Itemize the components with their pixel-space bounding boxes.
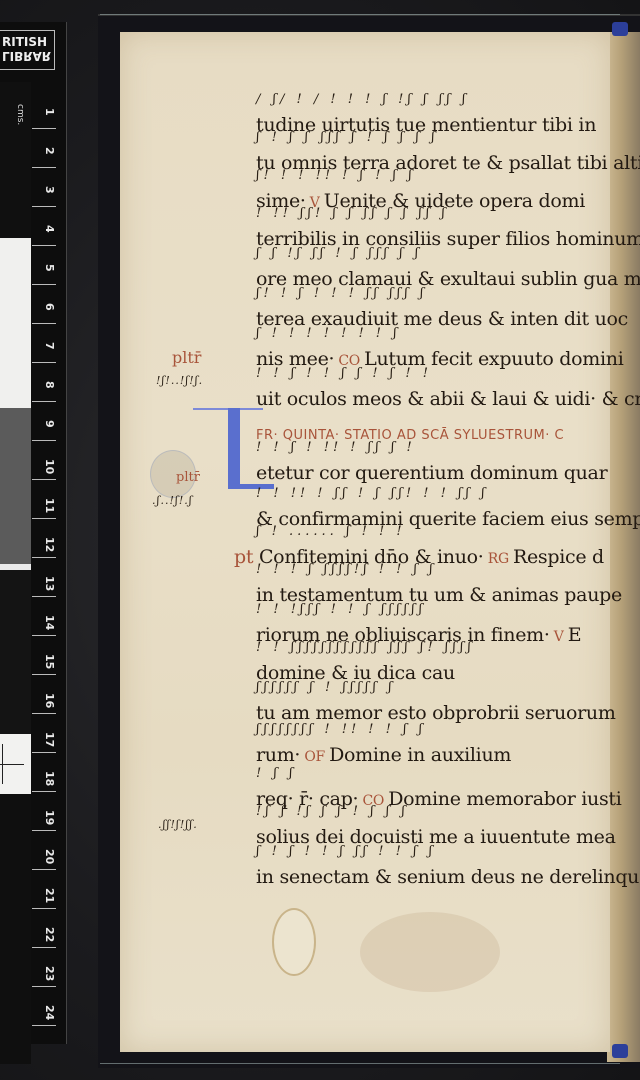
ruler-tick: [32, 869, 56, 870]
logo-line-2: LIBRAR: [2, 49, 54, 63]
ruler-mark: 11: [43, 498, 56, 513]
color-swatch-dark: [0, 570, 31, 734]
line-text-continued: E: [568, 624, 582, 646]
ruler-mark: 6: [43, 303, 56, 311]
binding-tab-top: [612, 22, 628, 36]
logo-line-1: RITISH: [2, 35, 47, 49]
neume-notation: ! !! ʃʃ! ʃ ʃ ʃʃ ʃ ʃ ʃʃ ʃ: [256, 206, 449, 221]
ruler-tick: [32, 557, 56, 558]
neume-notation: ʃ ! ʃ ʃ ʃʃʃ ʃ ! ʃ ʃ ʃ ʃ: [256, 130, 439, 145]
ruler-tick: [32, 440, 56, 441]
ruler-mark: 23: [43, 966, 56, 981]
neume-notation: ʃ! ! ! !! ! ʃ ! ʃ ʃ: [256, 168, 416, 183]
ruler-mark: 20: [43, 849, 56, 864]
scale-ruler: RITISH LIBRAR cms. 123456789101112131415…: [0, 22, 67, 1044]
page-gutter: [607, 32, 640, 1062]
color-swatch-white: [0, 238, 31, 408]
rubric-marker: RG: [484, 551, 513, 567]
ruler-tick: [32, 908, 56, 909]
neume-notation: ! ! ! ʃ ʃʃʃʃ!ʃ ! ! ʃ ʃ: [256, 562, 437, 577]
ruler-tick: [32, 752, 56, 753]
ruler-mark: 9: [43, 420, 56, 428]
ruler-mark: 16: [43, 693, 56, 708]
neume-notation: / ʃ/ ! / ! ! ! ʃ !ʃ ʃ ʃʃ ʃ: [256, 92, 469, 107]
ruler-tick: [32, 206, 56, 207]
margin-neumes-1: !ʃ!..!ʃ!ʃ.: [156, 374, 203, 387]
neume-notation: ʃ! ! ʃ ! ! ! ʃʃ ʃʃʃ ʃ: [256, 286, 427, 301]
ruler-tick: [32, 635, 56, 636]
neume-notation: ! ! ʃ ! !! ! ʃʃ ʃ !: [256, 440, 416, 455]
manuscript-page: [120, 32, 610, 1052]
ruler-tick: [32, 1025, 56, 1026]
line-text-continued: Domine in auxilium: [329, 744, 511, 766]
ruler-mark: 19: [43, 810, 56, 825]
neume-notation: ʃʃʃʃʃʃʃʃ ! !! ! ! ʃ ʃ: [256, 722, 426, 737]
margin-neumes-3: .ʃʃ!ʃ!ʃʃ.: [158, 818, 198, 831]
neume-notation: ! ! !ʃʃʃ ! ! ʃ ʃʃʃʃʃʃ: [256, 602, 426, 617]
rubric-marker: OF: [300, 749, 329, 765]
ruler-tick: [32, 518, 56, 519]
line-text-continued: Respice d: [513, 546, 604, 568]
text-line: in senectam & senium deus ne derelinqua: [256, 866, 640, 888]
neume-notation: !ʃ ʃ !ʃ ʃ ʃ ! ʃ ʃ ʃ: [256, 804, 409, 819]
british-library-logo: RITISH LIBRAR: [0, 30, 55, 70]
ruler-mark: 2: [43, 147, 56, 155]
line-text-continued: Domine memorabor iusti: [388, 788, 621, 810]
color-swatch-grey: [0, 408, 31, 564]
ruler-mark: 15: [43, 654, 56, 669]
neume-notation: ! ʃ ʃ: [256, 766, 297, 781]
ruler-mark: 17: [43, 732, 56, 747]
ruler-mark: 7: [43, 342, 56, 350]
line-text: tu am memor esto obprobrii seruorum: [256, 702, 616, 724]
binding-tab-bottom: [612, 1044, 628, 1058]
neume-notation: ! ! !! ! ʃʃ ! ʃ ʃʃ! ! ! ʃʃ ʃ: [256, 486, 489, 501]
ruler-tick: [32, 596, 56, 597]
ruler-tick: [32, 713, 56, 714]
text-line: etetur cor querentium dominum quar: [256, 462, 607, 484]
color-swatch-black-lower: [0, 794, 31, 1064]
neume-notation: ʃʃʃʃʃʃ ʃ ! ʃʃʃʃʃ ʃ: [256, 680, 396, 695]
line-text: uit oculos meos & abii & laui & uidi· & …: [256, 388, 640, 410]
ruler-tick: [32, 830, 56, 831]
ruler-tick: [32, 323, 56, 324]
rubric-marker: V: [550, 629, 568, 645]
ruler-mark: 21: [43, 888, 56, 903]
ruler-mark: 12: [43, 537, 56, 552]
crosshair-icon: [0, 764, 24, 765]
neume-notation: ʃ ! ! ! ! ! ! ! ʃ: [256, 326, 401, 341]
ruler-mark: 22: [43, 927, 56, 942]
margin-rubric-2: pltr̄: [176, 470, 200, 485]
margin-neumes-2: .ʃ..!ʃ!.ʃ: [152, 494, 193, 507]
ruler-tick: [32, 479, 56, 480]
ruler-mark: 3: [43, 186, 56, 194]
ruler-mark: 8: [43, 381, 56, 389]
ruler-mark: 24: [43, 1005, 56, 1020]
neume-notation: ! ! ʃ ! ! ʃ ʃ ! ʃ ! !: [256, 366, 432, 381]
cover-edge-bottom: [100, 1063, 620, 1064]
neume-notation: ʃ ʃ !ʃ ʃʃ ! ʃ ʃʃʃ ʃ ʃ: [256, 246, 422, 261]
ruler-tick: [32, 986, 56, 987]
neume-notation: ʃ ! ...... ʃ ! ! !: [256, 524, 406, 539]
ruler-mark: 13: [43, 576, 56, 591]
text-line: rum· OF Domine in auxilium: [256, 744, 511, 766]
ruler-tick: [32, 128, 56, 129]
ruler-mark: 1: [43, 108, 56, 116]
ruler-tick: [32, 401, 56, 402]
line-text: etetur cor querentium dominum quar: [256, 462, 607, 484]
neume-notation: ! ! ʃʃʃʃʃʃʃʃʃʃʃʃ ʃʃʃ ʃ! ʃʃʃʃ: [256, 640, 475, 655]
ruler-mark: 14: [43, 615, 56, 630]
cover-edge-top: [100, 14, 620, 15]
ruler-mark: 10: [43, 459, 56, 474]
ruler-tick: [32, 167, 56, 168]
text-line: uit oculos meos & abii & laui & uidi· & …: [256, 388, 640, 410]
crosshair-target: [0, 734, 31, 794]
line-text: in senectam & senium deus ne derelinqua: [256, 866, 640, 888]
ruler-mark: 18: [43, 771, 56, 786]
ruler-tick: [32, 362, 56, 363]
discoloration: [360, 912, 500, 992]
ruler-tick: [32, 674, 56, 675]
text-line: tu am memor esto obprobrii seruorum: [256, 702, 616, 724]
ruler-tick: [32, 284, 56, 285]
ruler-mark: 4: [43, 225, 56, 233]
unit-label: cms.: [15, 104, 25, 125]
ruler-tick: [32, 791, 56, 792]
ruler-tick: [32, 245, 56, 246]
neume-notation: ʃ ! ʃ ! ! ʃ ʃʃ ! ! ʃ ʃ: [256, 844, 436, 859]
ruler-tick: [32, 947, 56, 948]
margin-rubric-1: pltr̄: [172, 348, 201, 367]
ruler-mark: 5: [43, 264, 56, 272]
water-stain: [272, 908, 316, 976]
line-text: rum·: [256, 744, 300, 766]
